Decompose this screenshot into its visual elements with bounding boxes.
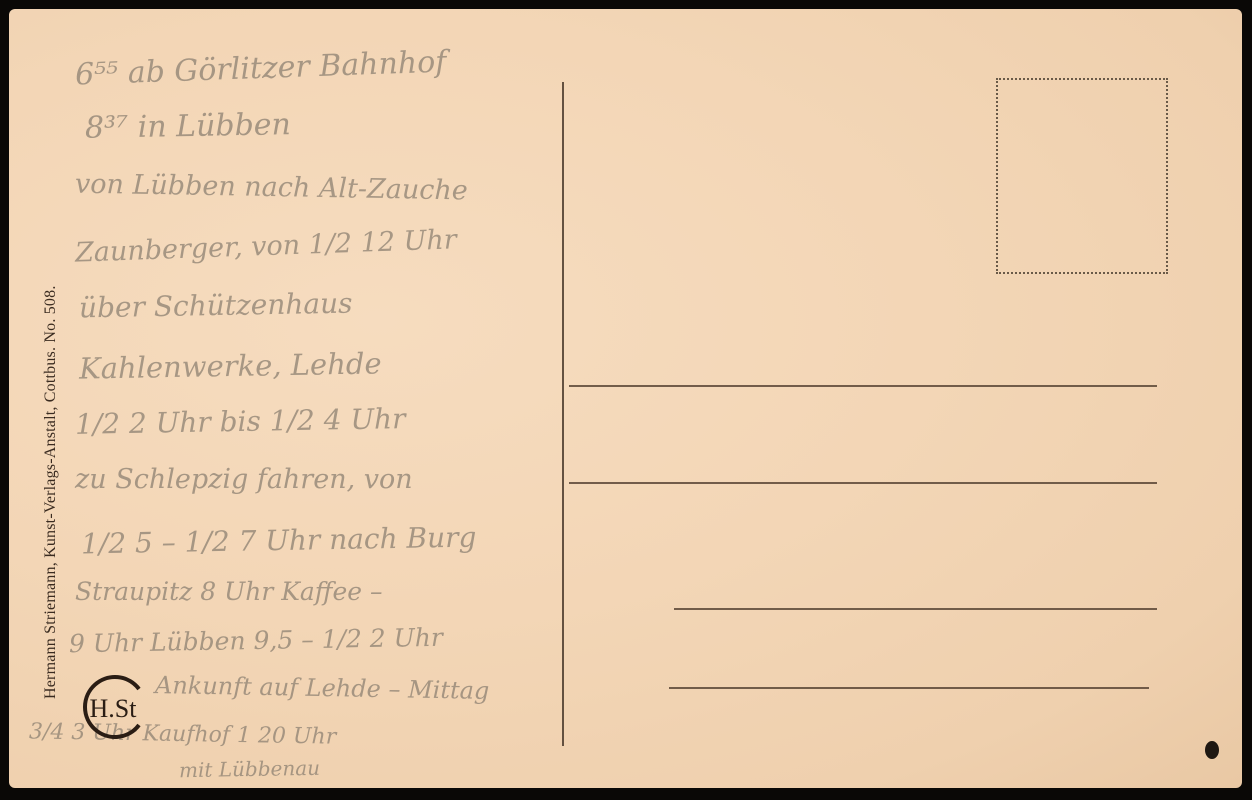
svg-text:H.St: H.St: [90, 694, 138, 723]
handwriting-line: 8³⁷ in Lübben: [85, 107, 291, 146]
handwriting-line: 6⁵⁵ ab Görlitzer Bahnhof: [75, 45, 447, 93]
handwriting-line: von Lübben nach Alt-Zauche: [75, 169, 468, 207]
ink-stain: [1205, 741, 1219, 759]
address-line: [569, 482, 1157, 484]
handwriting-line: 9 Uhr Lübben 9,5 – 1/2 2 Uhr: [69, 623, 443, 659]
handwriting-line: mit Lübbenau: [179, 756, 320, 782]
address-line: [569, 385, 1157, 387]
handwriting-line: Kahlenwerke, Lehde: [79, 346, 382, 385]
hst-monogram-icon: H.St: [73, 673, 149, 741]
center-divider: [562, 82, 564, 746]
publisher-logo: H.St: [73, 673, 149, 741]
address-line: [674, 608, 1157, 610]
handwriting-line: 1/2 2 Uhr bis 1/2 4 Uhr: [75, 402, 406, 441]
address-line: [669, 687, 1149, 689]
postcard-back: Hermann Striemann, Kunst-Verlags-Anstalt…: [9, 9, 1242, 788]
publisher-imprint: Hermann Striemann, Kunst-Verlags-Anstalt…: [42, 285, 60, 699]
handwriting-line: Ankunft auf Lehde – Mittag: [155, 671, 490, 705]
handwriting-line: über Schützenhaus: [79, 287, 353, 325]
handwriting-line: Zaunberger, von 1/2 12 Uhr: [75, 224, 458, 268]
stamp-box: [996, 78, 1168, 274]
handwriting-line: Straupitz 8 Uhr Kaffee –: [75, 577, 383, 606]
handwriting-line: 1/2 5 – 1/2 7 Uhr nach Burg: [81, 521, 477, 561]
handwriting-line: zu Schlepzig fahren, von: [75, 464, 413, 495]
